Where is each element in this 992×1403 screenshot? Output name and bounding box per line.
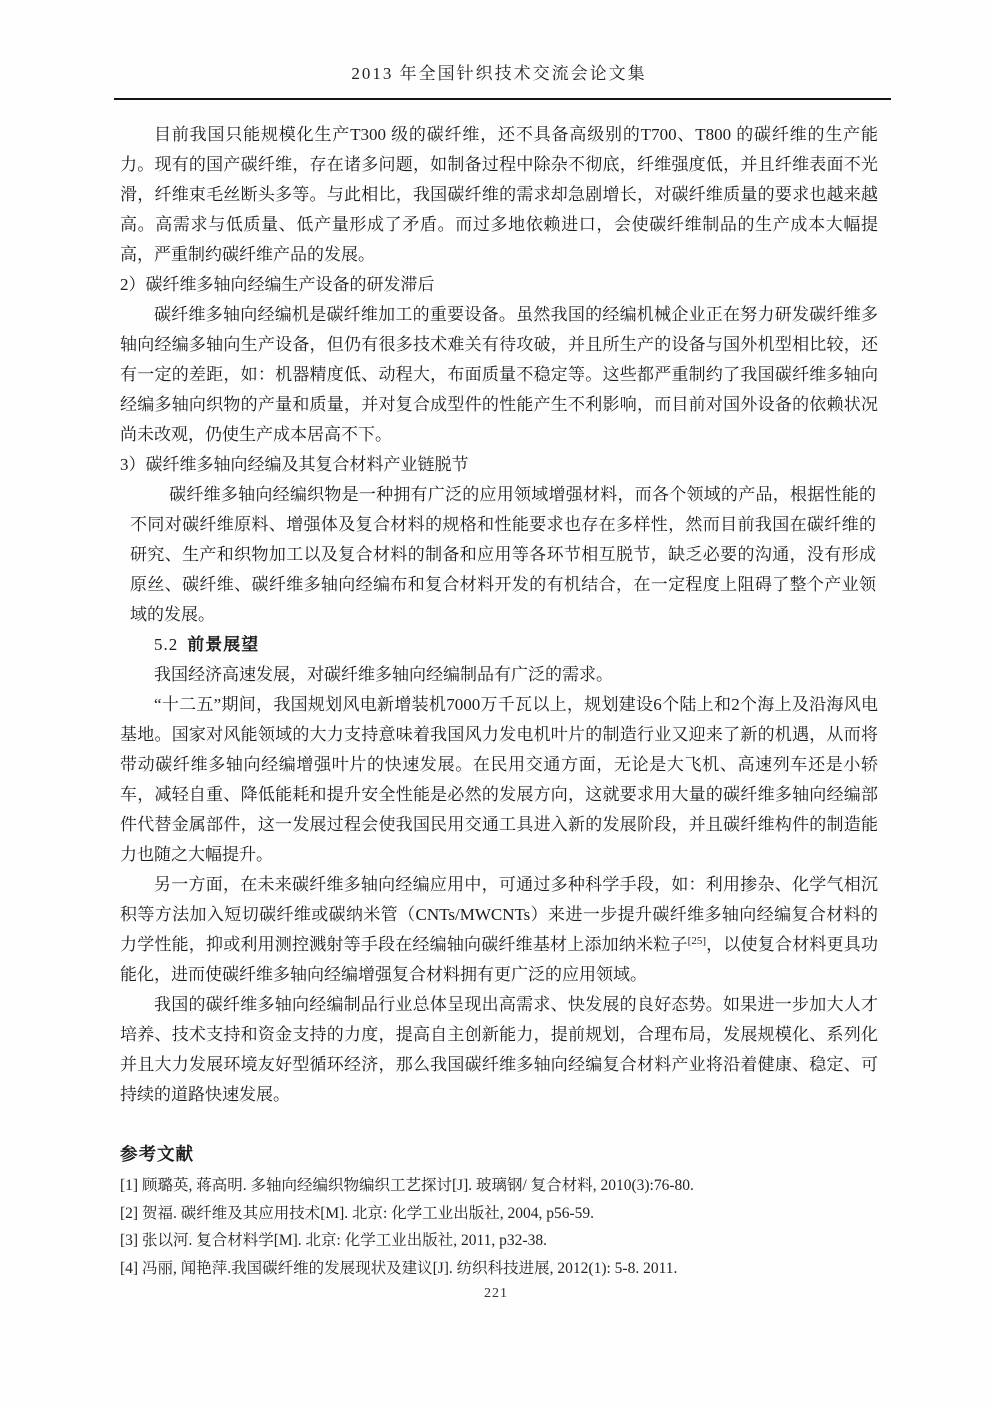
paragraph-conclusion: 我国的碳纤维多轴向经编制品行业总体呈现出高需求、快发展的良好态势。如果进一步加大… — [120, 990, 878, 1110]
paragraph-future-tech: 另一方面，在未来碳纤维多轴向经编应用中，可通过多种科学手段，如：利用掺杂、化学气… — [120, 870, 878, 990]
page-number: 221 — [0, 1286, 992, 1302]
section-title: 前景展望 — [187, 635, 259, 654]
reference-item: [1] 顾璐英, 蒋高明. 多轴向经编织物编织工艺探讨[J]. 玻璃钢/ 复合材… — [120, 1172, 878, 1200]
reference-item: [4] 冯丽, 闻艳萍.我国碳纤维的发展现状及建议[J]. 纺织科技进展, 20… — [120, 1255, 878, 1283]
reference-item: [2] 贺福. 碳纤维及其应用技术[M]. 北京: 化学工业出版社, 2004,… — [120, 1200, 878, 1228]
citation-superscript: [25] — [688, 935, 706, 947]
page-content: 2013 年全国针织技术交流会论文集 目前我国只能规模化生产T300 级的碳纤维… — [0, 0, 992, 1282]
reference-item: [3] 张以河. 复合材料学[M]. 北京: 化学工业出版社, 2011, p3… — [120, 1227, 878, 1255]
header-divider — [114, 98, 891, 100]
paragraph-demand: 我国经济高速发展，对碳纤维多轴向经编制品有广泛的需求。 — [120, 660, 878, 690]
paragraph-equipment-lag: 碳纤维多轴向经编机是碳纤维加工的重要设备。虽然我国的经编机械企业正在努力研发碳纤… — [120, 300, 878, 450]
paragraph-carbon-fiber-status: 目前我国只能规模化生产T300 级的碳纤维，还不具备高级别的T700、T800 … — [120, 120, 878, 270]
section-number: 5.2 — [154, 635, 178, 654]
paragraph-industry-chain: 碳纤维多轴向经编织物是一种拥有广泛的应用领域增强材料，而各个领域的产品，根据性能… — [120, 480, 878, 630]
paragraph-wind-power: “十二五”期间，我国规划风电新增装机7000万千瓦以上，规划建设6个陆上和2个海… — [120, 690, 878, 870]
references-list: [1] 顾璐英, 蒋高明. 多轴向经编织物编织工艺探讨[J]. 玻璃钢/ 复合材… — [120, 1172, 878, 1282]
subheading-industry-chain: 3）碳纤维多轴向经编及其复合材料产业链脱节 — [120, 450, 878, 480]
subheading-equipment-lag: 2）碳纤维多轴向经编生产设备的研发滞后 — [120, 270, 878, 300]
running-header: 2013 年全国针织技术交流会论文集 — [120, 63, 878, 85]
body-text: 目前我国只能规模化生产T300 级的碳纤维，还不具备高级别的T700、T800 … — [120, 120, 878, 1110]
paper-page: 2013 年全国针织技术交流会论文集 目前我国只能规模化生产T300 级的碳纤维… — [0, 0, 992, 1403]
section-heading-5-2: 5.2前景展望 — [120, 630, 878, 660]
references-heading: 参考文献 — [120, 1142, 878, 1166]
